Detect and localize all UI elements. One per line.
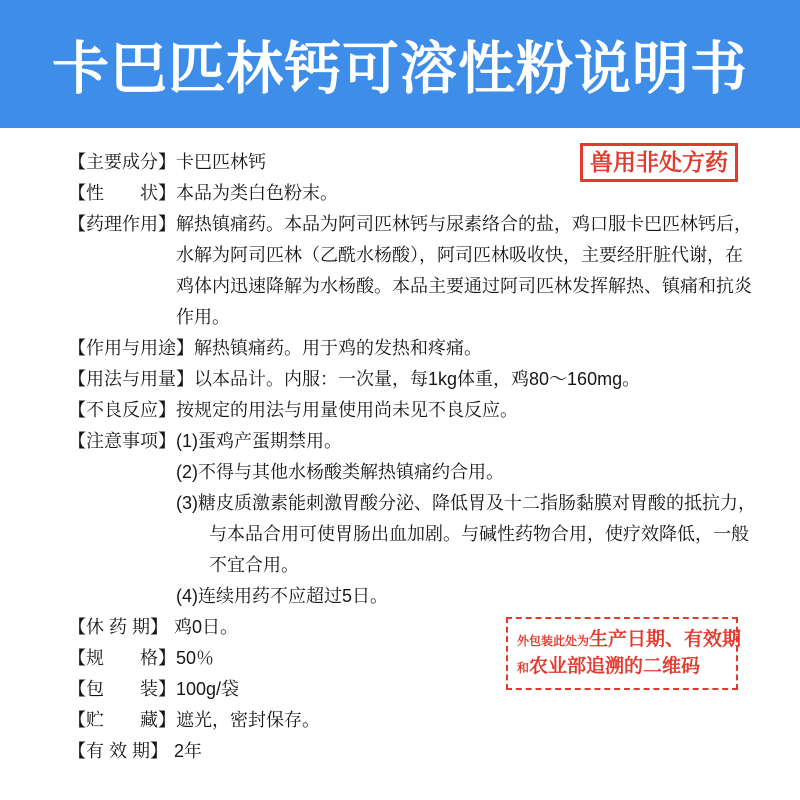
section-label-indications: 【作用与用途】 (68, 333, 194, 364)
section-label-dosage: 【用法与用量】 (68, 364, 194, 395)
title-banner: 卡巴匹林钙可溶性粉说明书 (0, 0, 800, 128)
section-label-package: 【包 装】 (68, 674, 176, 705)
section-text-dosage: 以本品计。内服：一次量，每1kg体重，鸡80～160mg。 (194, 364, 760, 395)
section-label-characters: 【性 状】 (68, 178, 176, 209)
section-label-main-ingredient: 【主要成分】 (68, 147, 176, 178)
section-indications: 【作用与用途】 解热镇痛药。用于鸡的发热和疼痛。 (68, 333, 760, 364)
section-text-indications: 解热镇痛药。用于鸡的发热和疼痛。 (194, 333, 760, 364)
section-precautions: 【注意事项】 (1)蛋鸡产蛋期禁用。 (2)不得与其他水杨酸类解热镇痛约合用。 … (68, 426, 760, 612)
section-text-adverse-reactions: 按规定的用法与用量使用尚未见不良反应。 (176, 395, 760, 426)
section-label-specification: 【规 格】 (68, 643, 176, 674)
packaging-note-prefix-2: 和 (517, 661, 529, 675)
section-text-storage: 遮光，密封保存。 (176, 705, 760, 736)
otc-status-badge: 兽用非处方药 (580, 143, 738, 182)
section-pharmacology: 【药理作用】 解热镇痛药。本品为阿司匹林钙与尿素络合的盐，鸡口服卡巴匹林钙后，水… (68, 209, 760, 333)
section-label-withdrawal-period: 【休 药 期】 (68, 612, 174, 643)
section-label-pharmacology: 【药理作用】 (68, 209, 176, 240)
section-dosage: 【用法与用量】 以本品计。内服：一次量，每1kg体重，鸡80～160mg。 (68, 364, 760, 395)
section-label-precautions: 【注意事项】 (68, 426, 176, 457)
packaging-note-line-2: 和农业部追溯的二维码 (517, 654, 736, 681)
packaging-note-main-1: 生产日期、有效期 (589, 629, 741, 650)
section-text-characters: 本品为类白色粉末。 (176, 178, 760, 209)
precaution-list: (1)蛋鸡产蛋期禁用。 (2)不得与其他水杨酸类解热镇痛约合用。 (3)糖皮质激… (176, 426, 760, 612)
section-text-validity-period: 2年 (174, 736, 760, 767)
instruction-leaflet-page: 卡巴匹林钙可溶性粉说明书 兽用非处方药 【主要成分】 卡巴匹林钙 【性 状】 本… (0, 0, 800, 800)
section-adverse-reactions: 【不良反应】 按规定的用法与用量使用尚未见不良反应。 (68, 395, 760, 426)
outer-packaging-note: 外包装此处为生产日期、有效期 和农业部追溯的二维码 (506, 617, 738, 690)
section-storage: 【贮 藏】 遮光，密封保存。 (68, 705, 760, 736)
precaution-item-1: (1)蛋鸡产蛋期禁用。 (176, 426, 760, 457)
precaution-item-3: (3)糖皮质激素能刺激胃酸分泌、降低胃及十二指肠黏膜对胃酸的抵抗力，与本品合用可… (176, 488, 760, 581)
section-text-pharmacology: 解热镇痛药。本品为阿司匹林钙与尿素络合的盐，鸡口服卡巴匹林钙后，水解为阿司匹林（… (176, 209, 760, 333)
section-label-validity-period: 【有 效 期】 (68, 736, 174, 767)
packaging-note-prefix-1: 外包装此处为 (517, 634, 589, 648)
section-characters: 【性 状】 本品为类白色粉末。 (68, 178, 760, 209)
packaging-note-main-2: 农业部追溯的二维码 (529, 656, 700, 677)
section-label-storage: 【贮 藏】 (68, 705, 176, 736)
packaging-note-line-1: 外包装此处为生产日期、有效期 (517, 627, 736, 654)
precaution-item-2: (2)不得与其他水杨酸类解热镇痛约合用。 (176, 457, 760, 488)
precaution-item-4: (4)连续用药不应超过5日。 (176, 581, 760, 612)
page-title: 卡巴匹林钙可溶性粉说明书 (52, 23, 748, 105)
section-label-adverse-reactions: 【不良反应】 (68, 395, 176, 426)
section-validity-period: 【有 效 期】 2年 (68, 736, 760, 767)
